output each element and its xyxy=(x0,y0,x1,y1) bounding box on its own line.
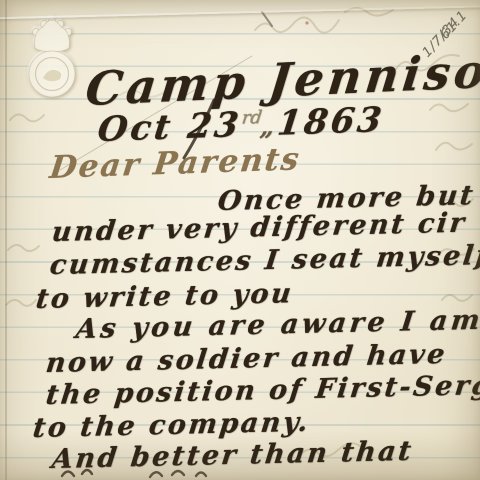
salutation: Dear Parents xyxy=(48,141,303,186)
letter-page: 61.1 1/7/34 Camp Jennison Oct 23rd„1863 … xyxy=(0,0,480,480)
embossed-crown-seal-icon xyxy=(20,12,84,104)
date-year: 1863 xyxy=(275,100,387,144)
paper-left-edge xyxy=(5,0,7,480)
date-ordinal-superscript: rd xyxy=(241,108,263,129)
